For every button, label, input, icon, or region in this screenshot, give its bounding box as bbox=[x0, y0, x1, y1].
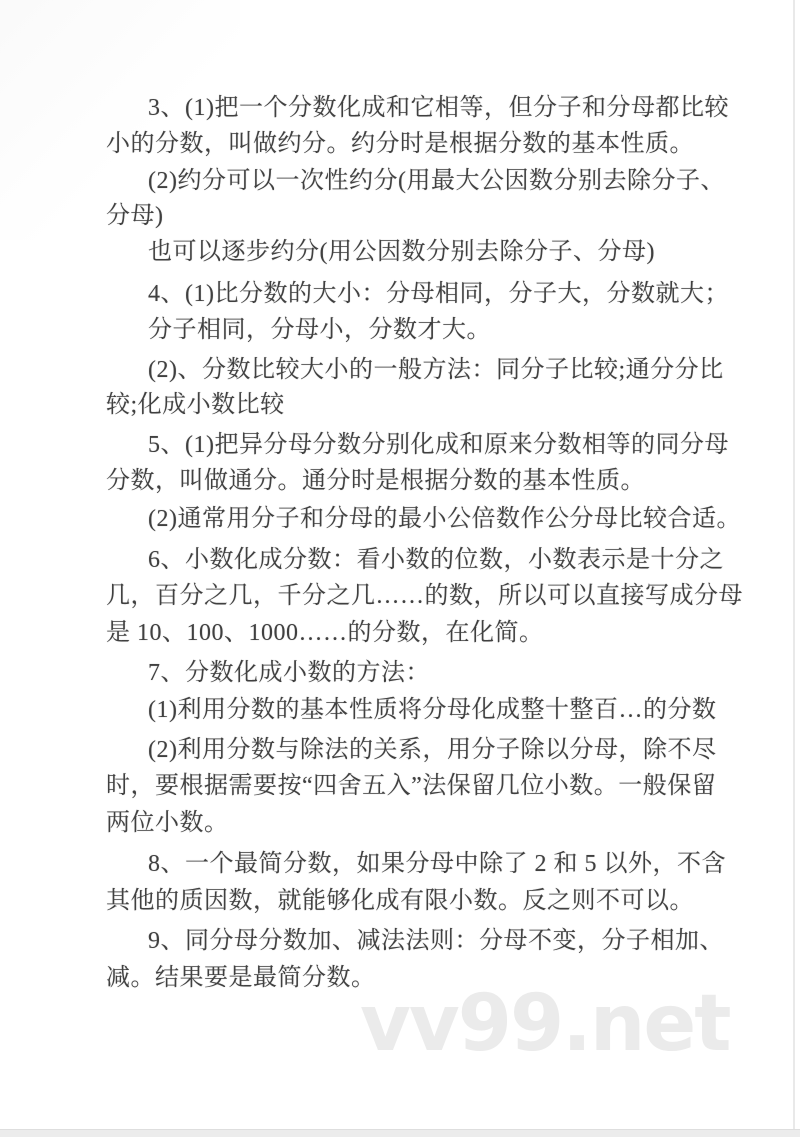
text-line: 9、同分母分数加、减法法则：分母不变，分子相加、 bbox=[148, 923, 724, 959]
text-line: 分数，叫做通分。通分时是根据分数的基本性质。 bbox=[106, 463, 645, 499]
text-line: 几，百分之几，千分之几……的数，所以可以直接写成分母 bbox=[106, 578, 743, 614]
text-line: (2)、分数比较大小的一般方法：同分子比较;通分分比 bbox=[148, 352, 724, 388]
text-line: 分子相同，分母小，分数才大。 bbox=[148, 312, 491, 348]
text-line: 4、(1)比分数的大小：分母相同，分子大，分数就大； bbox=[148, 276, 729, 312]
watermark: vv99.net bbox=[360, 988, 730, 1060]
text-line: (2)约分可以一次性约分(用最大公因数分别去除分子、 bbox=[148, 163, 725, 199]
text-line: (2)利用分数与除法的关系，用分子除以分母，除不尽 bbox=[148, 732, 716, 768]
text-line: 减。结果要是最简分数。 bbox=[106, 960, 376, 996]
text-line: 5、(1)把异分母分数分别化成和原来分数相等的同分母 bbox=[148, 427, 729, 463]
text-line: 时，要根据需要按“四舍五入”法保留几位小数。一般保留 bbox=[106, 768, 716, 804]
text-line: (2)通常用分子和分母的最小公倍数作公分母比较合适。 bbox=[148, 501, 741, 537]
page-edge-right bbox=[793, 0, 795, 1137]
text-line: 其他的质因数，就能够化成有限小数。反之则不可以。 bbox=[106, 883, 694, 919]
text-line: 6、小数化成分数：看小数的位数，小数表示是十分之 bbox=[148, 542, 724, 578]
text-line: 是 10、100、1000……的分数，在化简。 bbox=[106, 615, 544, 651]
text-line: 分母) bbox=[106, 198, 164, 234]
text-line: 3、(1)把一个分数化成和它相等，但分子和分母都比较 bbox=[148, 90, 729, 126]
text-line: 8、一个最简分数，如果分母中除了 2 和 5 以外，不含 bbox=[148, 846, 726, 882]
text-line: 较;化成小数比较 bbox=[106, 387, 285, 423]
page-edge-bottom bbox=[0, 1129, 800, 1137]
text-line: 7、分数化成小数的方法： bbox=[148, 655, 430, 691]
text-line: 两位小数。 bbox=[106, 805, 229, 841]
text-line: (1)利用分数的基本性质将分母化成整十整百…的分数 bbox=[148, 692, 716, 728]
document-page: 3、(1)把一个分数化成和它相等，但分子和分母都比较 小的分数，叫做约分。约分时… bbox=[0, 0, 800, 1137]
text-line: 小的分数，叫做约分。约分时是根据分数的基本性质。 bbox=[106, 126, 694, 162]
text-line: 也可以逐步约分(用公因数分别去除分子、分母) bbox=[148, 234, 655, 270]
